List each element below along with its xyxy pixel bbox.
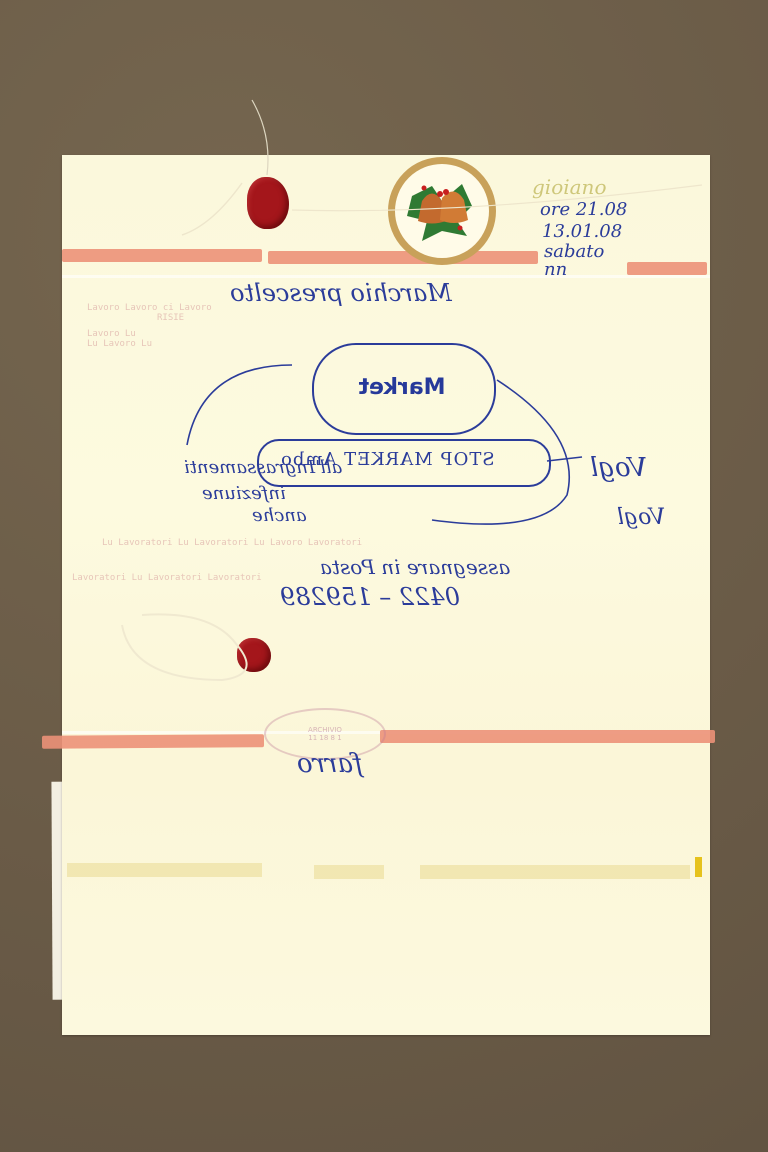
letter-sheet: gioiano ore 21.08 13.01.08 sabato nn Lav… <box>62 155 710 1035</box>
ink-strokes <box>62 155 710 1035</box>
signature: farro <box>297 751 363 777</box>
